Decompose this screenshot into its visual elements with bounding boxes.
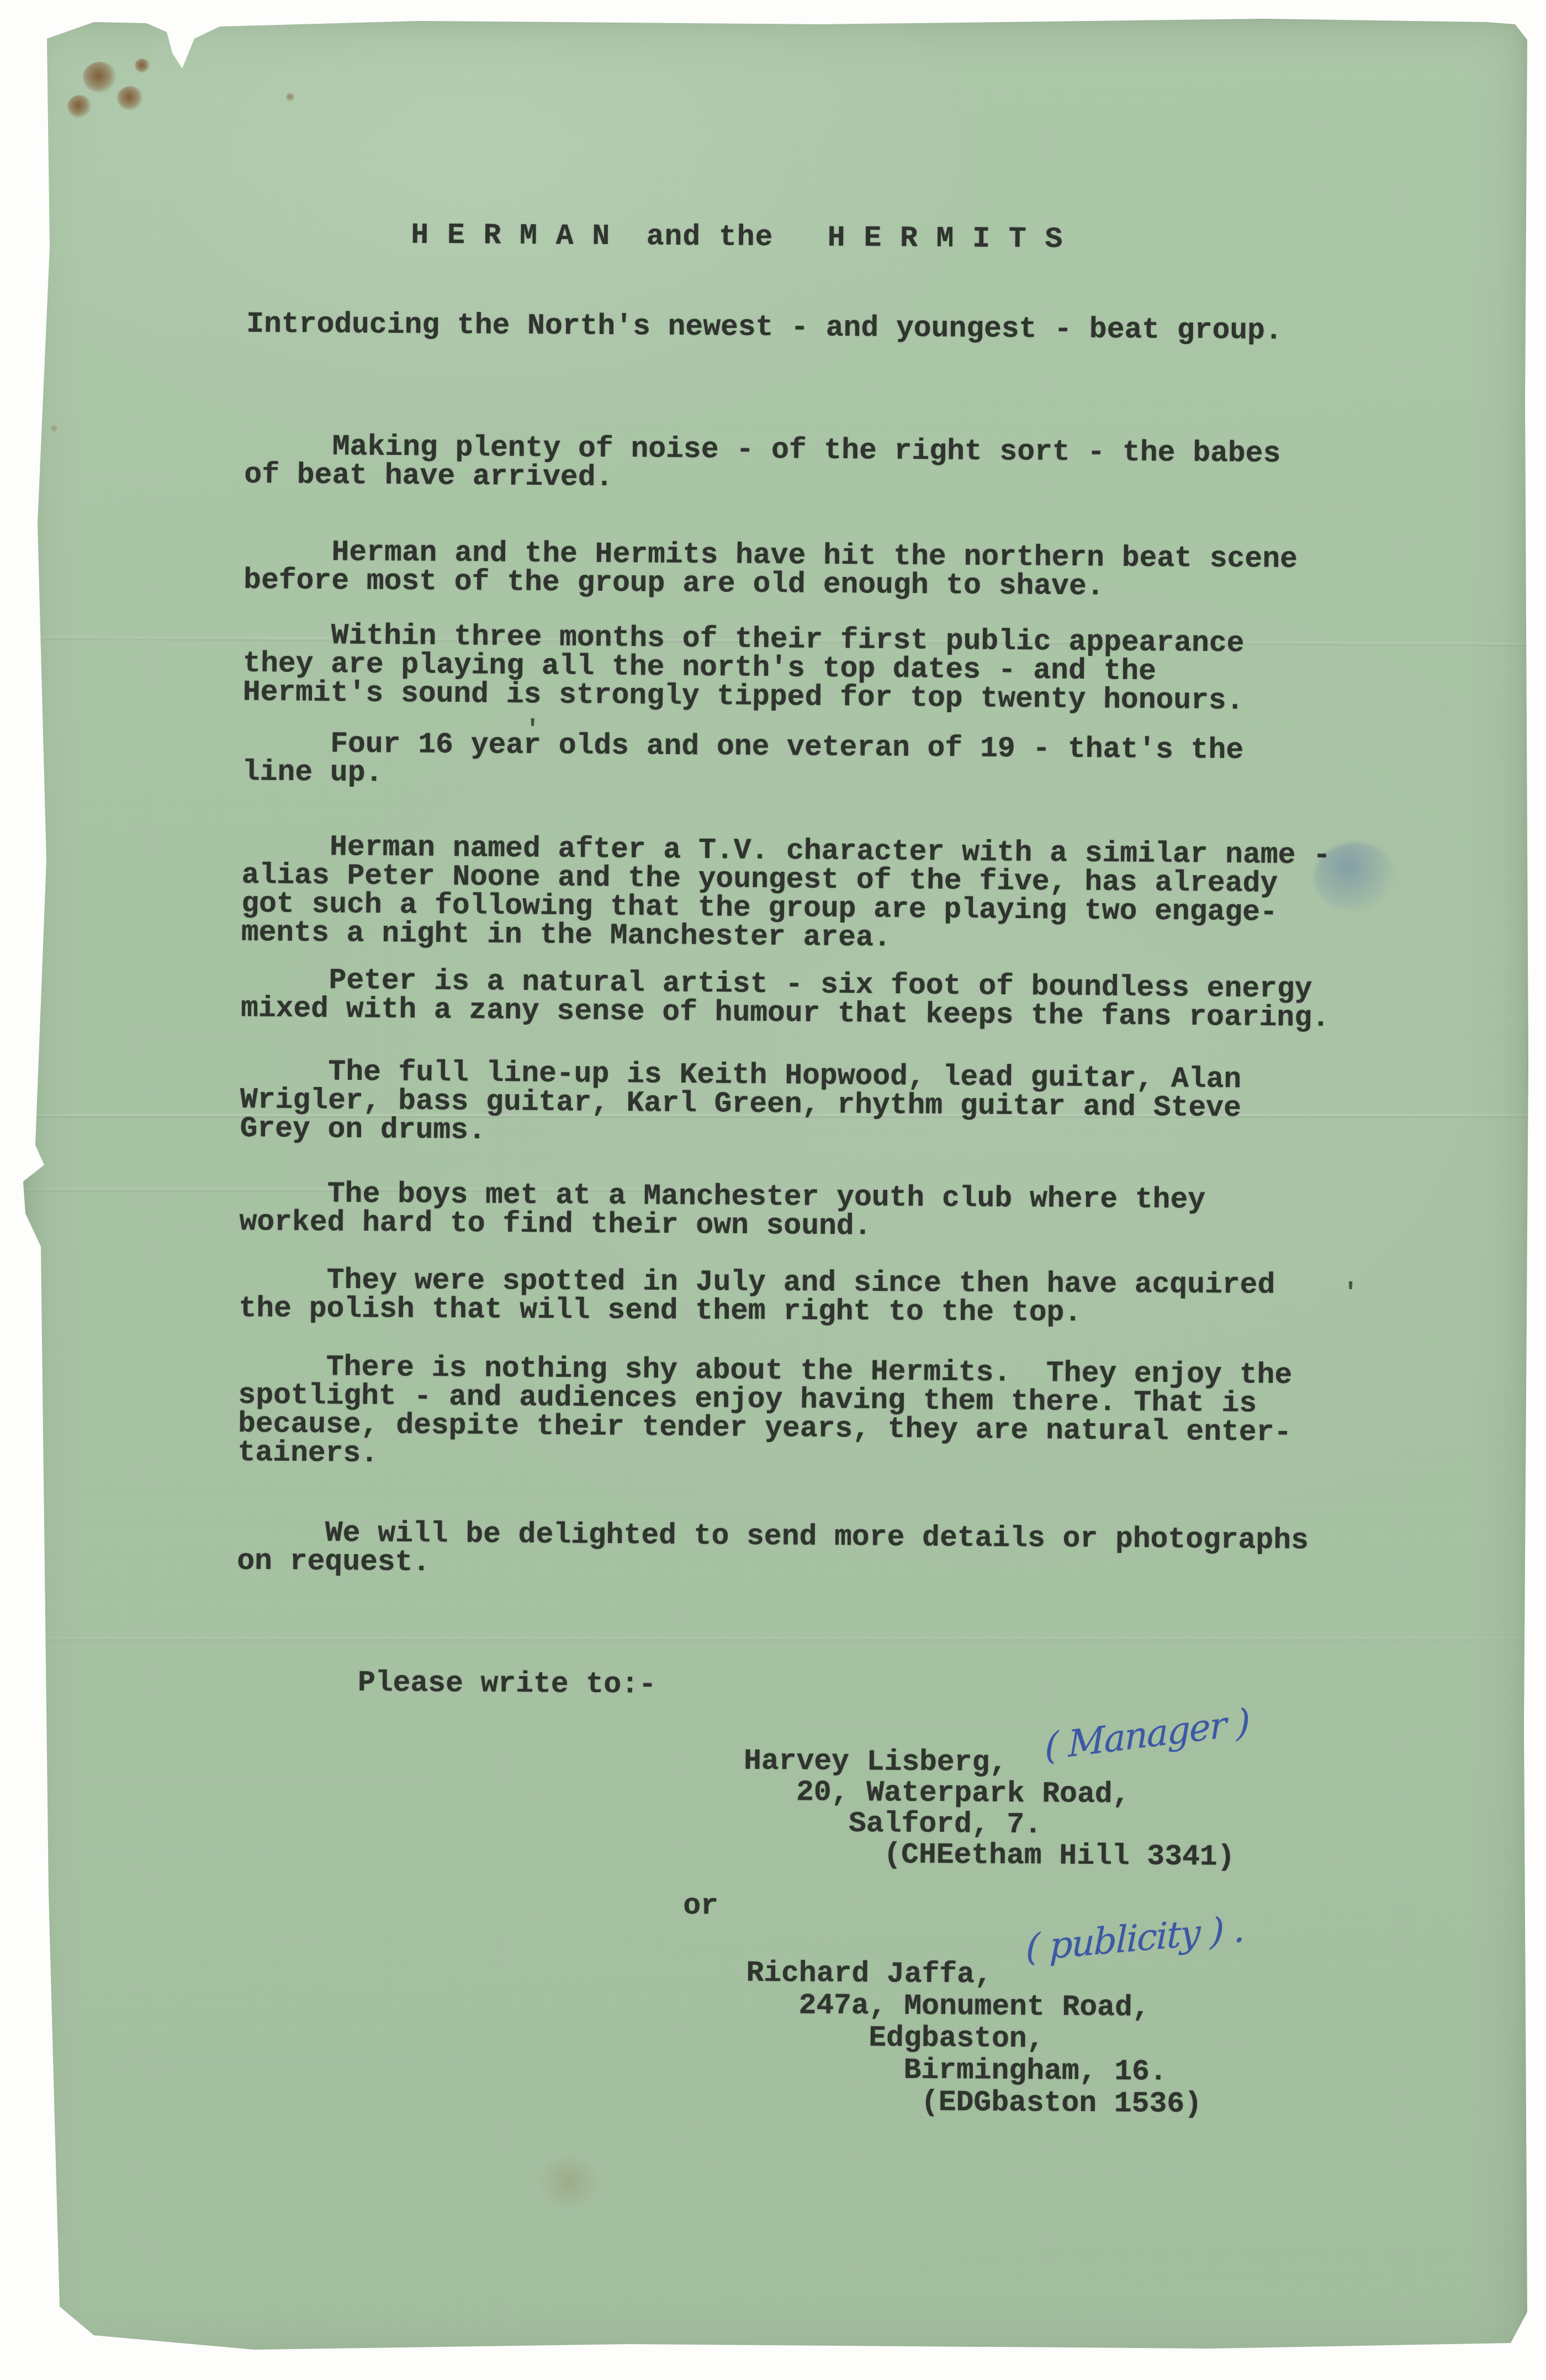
scanned-document: H E R M A N and the H E R M I T S Introd…	[0, 0, 1546, 2380]
contact-block-publicity: Richard Jaffa, 247a, Monument Road, Edgb…	[745, 1957, 1203, 2120]
closing-line: Please write to:-	[358, 1668, 656, 1699]
paragraph-2: Herman and the Hermits have hit the nort…	[243, 537, 1298, 602]
paragraph-3: Within three months of their first publi…	[243, 621, 1245, 715]
paragraph-6: Peter is a natural artist - six foot of …	[241, 965, 1330, 1032]
rust-stain	[38, 1643, 46, 1652]
typed-content: H E R M A N and the H E R M I T S Introd…	[7, 15, 1529, 2376]
document-title: H E R M A N and the H E R M I T S	[411, 221, 1063, 254]
paragraph-11: We will be delighted to send more detail…	[237, 1518, 1309, 1584]
contact-block-manager: Harvey Lisberg, 20, Waterpark Road, Salf…	[743, 1746, 1236, 1873]
paragraph-4: Four 16 year olds and one veteran of 19 …	[242, 729, 1244, 793]
stray-apostrophe-mark: '	[1343, 1279, 1358, 1307]
paragraph-9: They were spotted in July and since then…	[239, 1265, 1275, 1328]
paragraph-1: Making plenty of noise - of the right so…	[244, 432, 1280, 497]
green-paper-sheet: H E R M A N and the H E R M I T S Introd…	[22, 15, 1529, 2366]
document-subtitle: Introducing the North's newest - and you…	[246, 310, 1283, 345]
paragraph-8: The boys met at a Manchester youth club …	[239, 1179, 1205, 1243]
paragraph-10: There is nothing shy about the Hermits. …	[237, 1352, 1292, 1476]
separator-or: or	[683, 1891, 718, 1920]
paragraph-7: The full line-up is Keith Hopwood, lead …	[240, 1057, 1241, 1151]
paragraph-5: Herman named after a T.V. character with…	[241, 832, 1331, 956]
stray-apostrophe-mark: '	[525, 715, 540, 744]
